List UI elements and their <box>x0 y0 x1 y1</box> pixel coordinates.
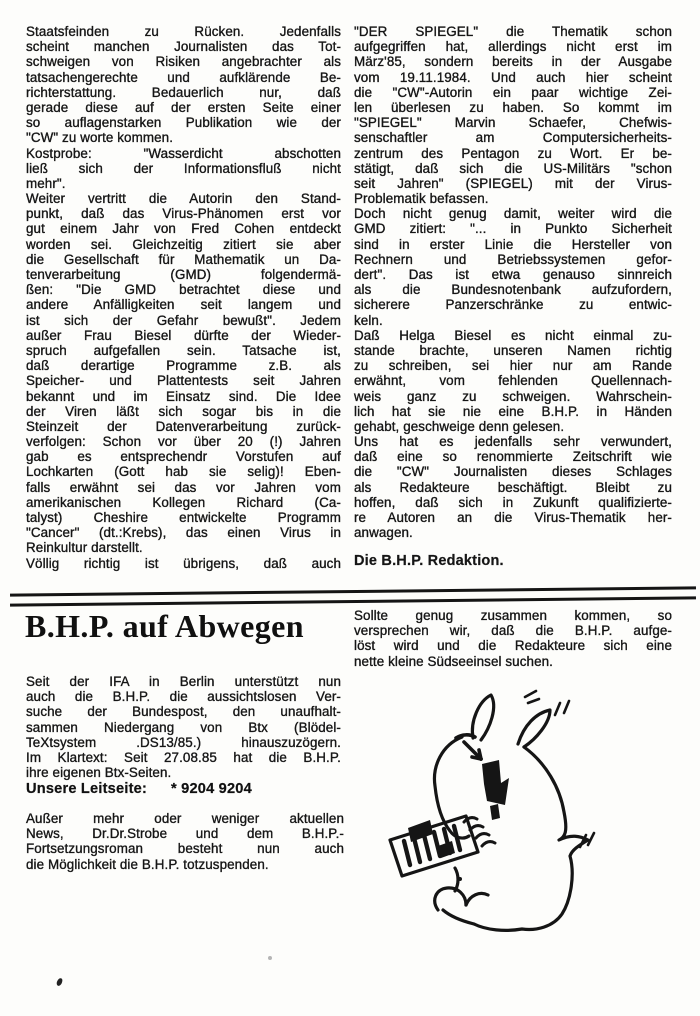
text-line: "DER SPIEGEL" die Thematik schon <box>354 24 672 39</box>
text-line: ließ sich der Informationsfluß nicht <box>26 161 341 176</box>
article1-left-column: Staatsfeinden zu Rücken. Jedenfalls sche… <box>26 24 341 571</box>
text-line: erwähnt, vom fehlenden Quellennach- <box>354 373 672 388</box>
text-line: worden sei. Gleichzeitig zitiert sie abe… <box>26 237 341 252</box>
text-line: aufgegriffen hat, allerdings nicht erst … <box>354 39 672 54</box>
text-line: Völlig richtig ist übrigens, daß auch <box>26 556 341 571</box>
text-line: anwagen. <box>354 525 672 540</box>
text-line: TeXtsystem .DS13/85.) hinauszuzögern. <box>26 735 341 750</box>
text-line: Problematik befassen. <box>354 191 672 206</box>
text-line: zu schreiben, sei hier nur am Rande <box>354 358 672 373</box>
text-line: sicherere Panzerschränke zu entwic- <box>354 297 672 312</box>
text-line: die "CW" Journalisten dieses Schlages <box>354 464 672 479</box>
text-line: gerade diese auf der ersten Seite einer <box>26 100 341 115</box>
text-line: löst wird und die Redakteure sich eine <box>354 638 672 653</box>
text-line: Außer mehr oder weniger aktuellen <box>26 811 344 826</box>
text-line: "SPIEGEL" Marvin Schaefer, Chefwis- <box>354 115 672 130</box>
text-line: talyst) Cheshire entwickelte Programm <box>26 510 341 525</box>
text-line: tenverarbeitung (GMD) folgendermä- <box>26 267 341 282</box>
leitseite-number: * 9204 9204 <box>171 781 252 797</box>
article2-left-paragraph1: Seit der IFA in Berlin unterstützt nun a… <box>26 674 341 780</box>
text-line: die Möglichkeit die B.H.P. totzuspenden. <box>26 857 344 872</box>
text-line: stande brachte, unseren Namen richtig <box>354 343 672 358</box>
text-line: "Cancer" (dt.:Krebs), das einen Virus in <box>26 525 341 540</box>
article1-right-column: "DER SPIEGEL" die Thematik schon aufgegr… <box>354 24 672 569</box>
rabbit-muzzle-mark <box>482 760 509 805</box>
text-line: Kostprobe: "Wasserdicht abschotten <box>26 146 341 161</box>
text-line: senschaftler am Computersicherheits- <box>354 130 672 145</box>
text-line: weis ganz zu schweigen. Wahrschein- <box>354 389 672 404</box>
section-divider-rule <box>10 586 696 596</box>
text-line: len überlesen zu haben. So kommt im <box>354 100 672 115</box>
text-line: sind in erster Linie die Hersteller von <box>354 237 672 252</box>
text-line: stätigt, daß sich die US-Militärs "schon <box>354 161 672 176</box>
ink-speck <box>268 956 272 960</box>
text-line: hoffen, daß sich in Zukunft qualifiziert… <box>354 495 672 510</box>
text-line: gehabt, geschweige denn gelesen. <box>354 419 672 434</box>
text-line: "CW" zu worte kommen. <box>26 130 341 145</box>
text-line: Staatsfeinden zu Rücken. Jedenfalls <box>26 24 341 39</box>
text-line: punkt, daß das Virus-Phänomen erst vor <box>26 206 341 221</box>
text-line: ßen: "Die GMD betrachtet diese und <box>26 282 341 297</box>
text-line: andere Anfälligkeiten seit langem und <box>26 297 341 312</box>
text-line: Sollte genug zusammen kommen, so <box>354 608 672 623</box>
text-line: als Redakteure beschäftigt. Bleibt zu <box>354 480 672 495</box>
text-line: so auflagenstarken Publikation wie der <box>26 115 341 130</box>
text-line: sammen Niedergang von Btx (Blödel- <box>26 720 341 735</box>
text-line: Speicher- und Plattentests seit Jahren <box>26 373 341 388</box>
text-line: Seit der IFA in Berlin unterstützt nun <box>26 674 341 689</box>
rabbit-belly-dot <box>458 877 462 881</box>
rabbit-feet <box>435 888 488 924</box>
text-line: versprechen wir, daß die B.H.P. aufge- <box>354 623 672 638</box>
text-line: außer Frau Biesel dürfte der Wieder- <box>26 328 341 343</box>
text-line: auch die B.H.P. die aussichtslosen Ver- <box>26 689 341 704</box>
text-line: Reinkultur darstellt. <box>26 540 341 555</box>
text-line: lich hat sie nie eine B.H.P. in Händen <box>354 404 672 419</box>
text-line: dert". Das ist etwa genauso sinnreich <box>354 267 672 282</box>
btx-leitseite-line: Unsere Leitseite:* 9204 9204 <box>26 781 341 797</box>
text-line: tatsachengerechte und aufklärende Be- <box>26 70 341 85</box>
section-divider-rule <box>10 596 696 606</box>
text-line: Doch nicht genug damit, weiter wird die <box>354 206 672 221</box>
text-line: richterstattung. Bedauerlich nur, daß <box>26 85 341 100</box>
ink-speck <box>56 977 63 986</box>
text-line: daß eine so renommierte Zeitschrift wie <box>354 449 672 464</box>
text-line: falls erwähnt sei das vor Jahren vom <box>26 480 341 495</box>
text-line: als die Bundesnotenbank aufzufordern, <box>354 282 672 297</box>
text-line: gab es entsprechendr Vorstufen auf <box>26 449 341 464</box>
text-line: GMD zitiert: "... in Punkto Sicherheit <box>354 221 672 236</box>
text-line: Daß Helga Biesel es nicht einmal zu- <box>354 328 672 343</box>
motion-marks-icon <box>525 691 594 847</box>
text-line: zentrum des Pentagon zu Wort. Er be- <box>354 146 672 161</box>
scanned-zine-page: Staatsfeinden zu Rücken. Jedenfalls sche… <box>0 0 700 1016</box>
text-line: keln. <box>354 313 672 328</box>
article2-left-paragraph2: Außer mehr oder weniger aktuellen News, … <box>26 811 344 872</box>
text-line: Lochkarten (Gott hab sie selig)! Eben- <box>26 464 341 479</box>
text-line: schweigen von Risiken angebrachter als <box>26 54 341 69</box>
text-line: ist sich der Gefahr bewußt". Jedem <box>26 313 341 328</box>
text-line: Weiter vertritt die Autorin den Stand- <box>26 191 341 206</box>
text-line: News, Dr.Dr.Strobe und dem B.H.P.- <box>26 826 344 841</box>
article2-headline: B.H.P. auf Abwegen <box>25 606 345 646</box>
text-line: re Autoren an die Virus-Thematik her- <box>354 510 672 525</box>
text-line: spruch aufgefallen sein. Tatsache ist, <box>26 343 341 358</box>
text-line: der Viren läßt sich sogar bis in die <box>26 404 341 419</box>
rabbit-cartoon-illustration <box>378 688 618 938</box>
article2-right-paragraph: Sollte genug zusammen kommen, so verspre… <box>354 608 672 669</box>
text-line: gut einem Jahr von Fred Cohen entdeckt <box>26 221 341 236</box>
newspaper <box>390 816 478 876</box>
text-line: Steinzeit der Datenverarbeitung zurück- <box>26 419 341 434</box>
rabbit-chest-mark <box>490 804 500 820</box>
text-line: ihre eigenen Btx-Seiten. <box>26 765 341 780</box>
text-line: Rechnern und Betriebssystemen gefor- <box>354 252 672 267</box>
text-line: Fortsetzungsroman besteht nun auch <box>26 841 344 856</box>
text-line: Uns hat es jedenfalls sehr verwundert, <box>354 434 672 449</box>
text-line: daß derartige Programme z.B. als <box>26 358 341 373</box>
text-line: vom 19.11.1984. Und auch hier scheint <box>354 70 672 85</box>
text-line: bekannt und im Einsatz sind. Die Idee <box>26 389 341 404</box>
text-line: suche der Bundespost, den unaufhalt- <box>26 704 341 719</box>
text-line: die "CW"-Autorin ein paar wichtige Zei- <box>354 85 672 100</box>
editorial-signoff: Die B.H.P. Redaktion. <box>354 553 672 569</box>
text-line: die Gesellschaft für Mathematik un Da- <box>26 252 341 267</box>
rabbit-ears <box>472 695 550 747</box>
text-line: amerikanischen Kollegen Richard (Ca- <box>26 495 341 510</box>
text-line: mehr". <box>26 176 341 191</box>
text-line: Im Klartext: Seit 27.08.85 hat die B.H.P… <box>26 750 341 765</box>
text-line: März'85, sondern bereits in der Ausgabe <box>354 54 672 69</box>
text-line: verfolgen: Schon vor über 20 (!) Jahren <box>26 434 341 449</box>
text-line: scheint manchen Journalisten das Tot- <box>26 39 341 54</box>
rabbit-belly-line <box>455 868 458 891</box>
text-line: seit Jahren" (SPIEGEL) mit der Virus- <box>354 176 672 191</box>
leitseite-label: Unsere Leitseite: <box>26 781 147 797</box>
text-line: nette kleine Südseeinsel suchen. <box>354 654 672 669</box>
